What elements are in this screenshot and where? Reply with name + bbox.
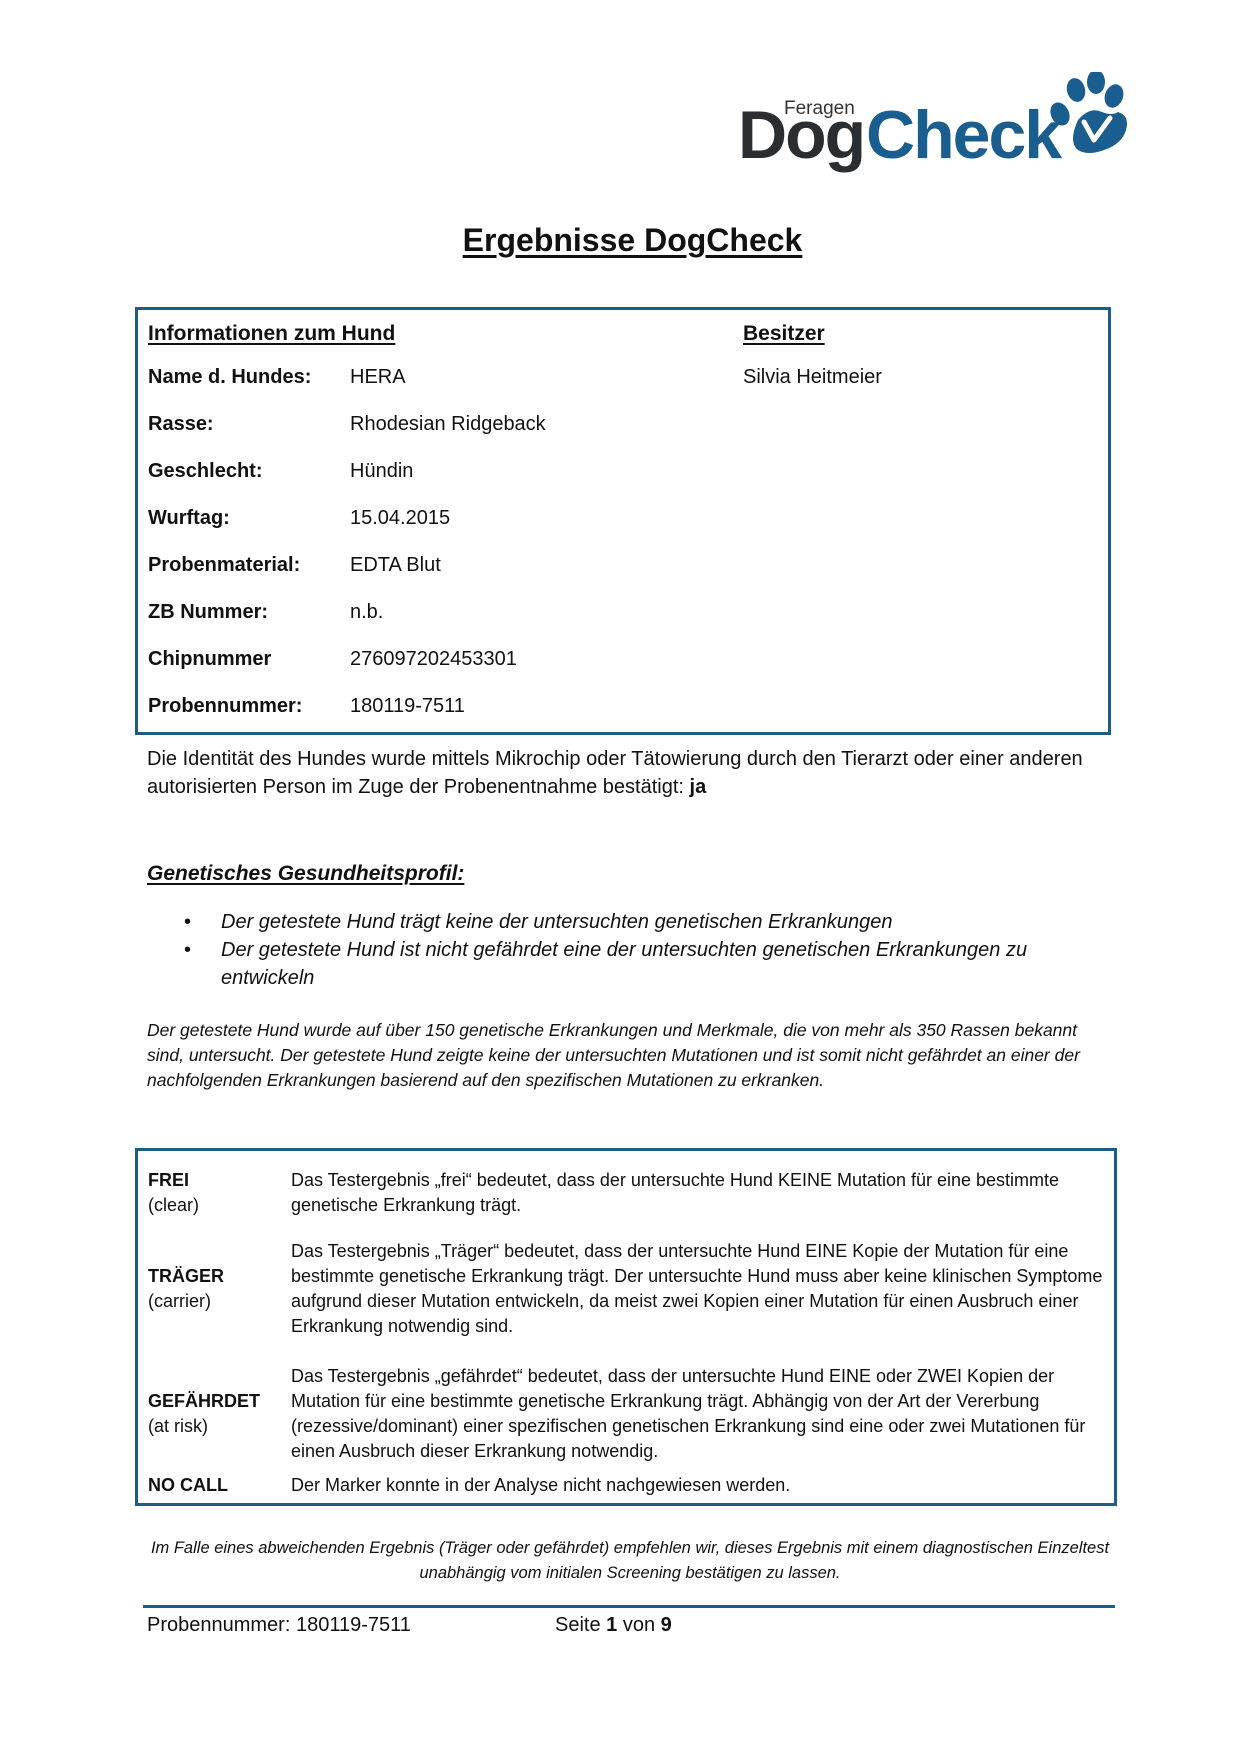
value-sample-number: 180119-7511 [350,695,465,718]
health-profile-heading: Genetisches Gesundheitsprofil: [147,862,464,886]
label-chip-number: Chipnummer [148,648,271,671]
paw-check-icon [1038,72,1138,162]
result-legend-table: FREI(clear) Das Testergebnis „frei“ bede… [135,1148,1117,1506]
identity-confirmed-value: ja [690,776,707,798]
confirmation-note: Im Falle eines abweichenden Ergebnis (Tr… [150,1536,1110,1586]
footer-page-indicator: Seite 1 von 9 [555,1614,672,1637]
legend-term-at-risk: GEFÄHRDET(at risk) [148,1389,260,1439]
footer-divider [143,1605,1115,1608]
legend-term-free: FREI(clear) [148,1168,199,1218]
label-name: Name d. Hundes: [148,366,311,389]
legend-term-carrier: TRÄGER(carrier) [148,1264,224,1314]
value-breed: Rhodesian Ridgeback [350,413,546,436]
label-birthdate: Wurftag: [148,507,230,530]
legend-def-free: Das Testergebnis „frei“ bedeutet, dass d… [291,1168,1111,1218]
logo-dog-text: Dog [738,96,864,174]
legend-term-no-call: NO CALL [148,1473,228,1498]
bullet-item: Der getestete Hund trägt keine der unter… [147,908,1097,936]
health-profile-description: Der getestete Hund wurde auf über 150 ge… [147,1018,1107,1093]
value-sample-material: EDTA Blut [350,554,441,577]
health-profile-bullets: Der getestete Hund trägt keine der unter… [147,908,1097,992]
owner-heading: Besitzer [743,322,825,346]
label-zb-number: ZB Nummer: [148,601,268,624]
legend-def-carrier: Das Testergebnis „Träger“ bedeutet, dass… [291,1239,1111,1339]
logo-check-text: Check [866,96,1060,174]
legend-def-no-call: Der Marker konnte in der Analyse nicht n… [291,1473,1111,1498]
page-title: Ergebnisse DogCheck [0,222,1240,259]
value-birthdate: 15.04.2015 [350,507,450,530]
bullet-item: Der getestete Hund ist nicht gefährdet e… [147,936,1097,992]
label-breed: Rasse: [148,413,214,436]
identity-confirmation: Die Identität des Hundes wurde mittels M… [147,745,1107,801]
dogcheck-logo: Feragen Dog Check [738,66,1138,176]
label-sample-number: Probennummer: [148,695,302,718]
value-chip-number: 276097202453301 [350,648,517,671]
value-sex: Hündin [350,460,413,483]
owner-name: Silvia Heitmeier [743,366,882,389]
label-sex: Geschlecht: [148,460,262,483]
value-zb-number: n.b. [350,601,383,624]
value-name: HERA [350,366,406,389]
label-sample-material: Probenmaterial: [148,554,300,577]
dog-info-heading: Informationen zum Hund [148,322,395,346]
footer-sample-number: Probennummer: 180119-7511 [147,1614,411,1637]
legend-def-at-risk: Das Testergebnis „gefährdet“ bedeutet, d… [291,1364,1111,1464]
dog-info-box: Informationen zum Hund Besitzer Silvia H… [135,307,1111,735]
